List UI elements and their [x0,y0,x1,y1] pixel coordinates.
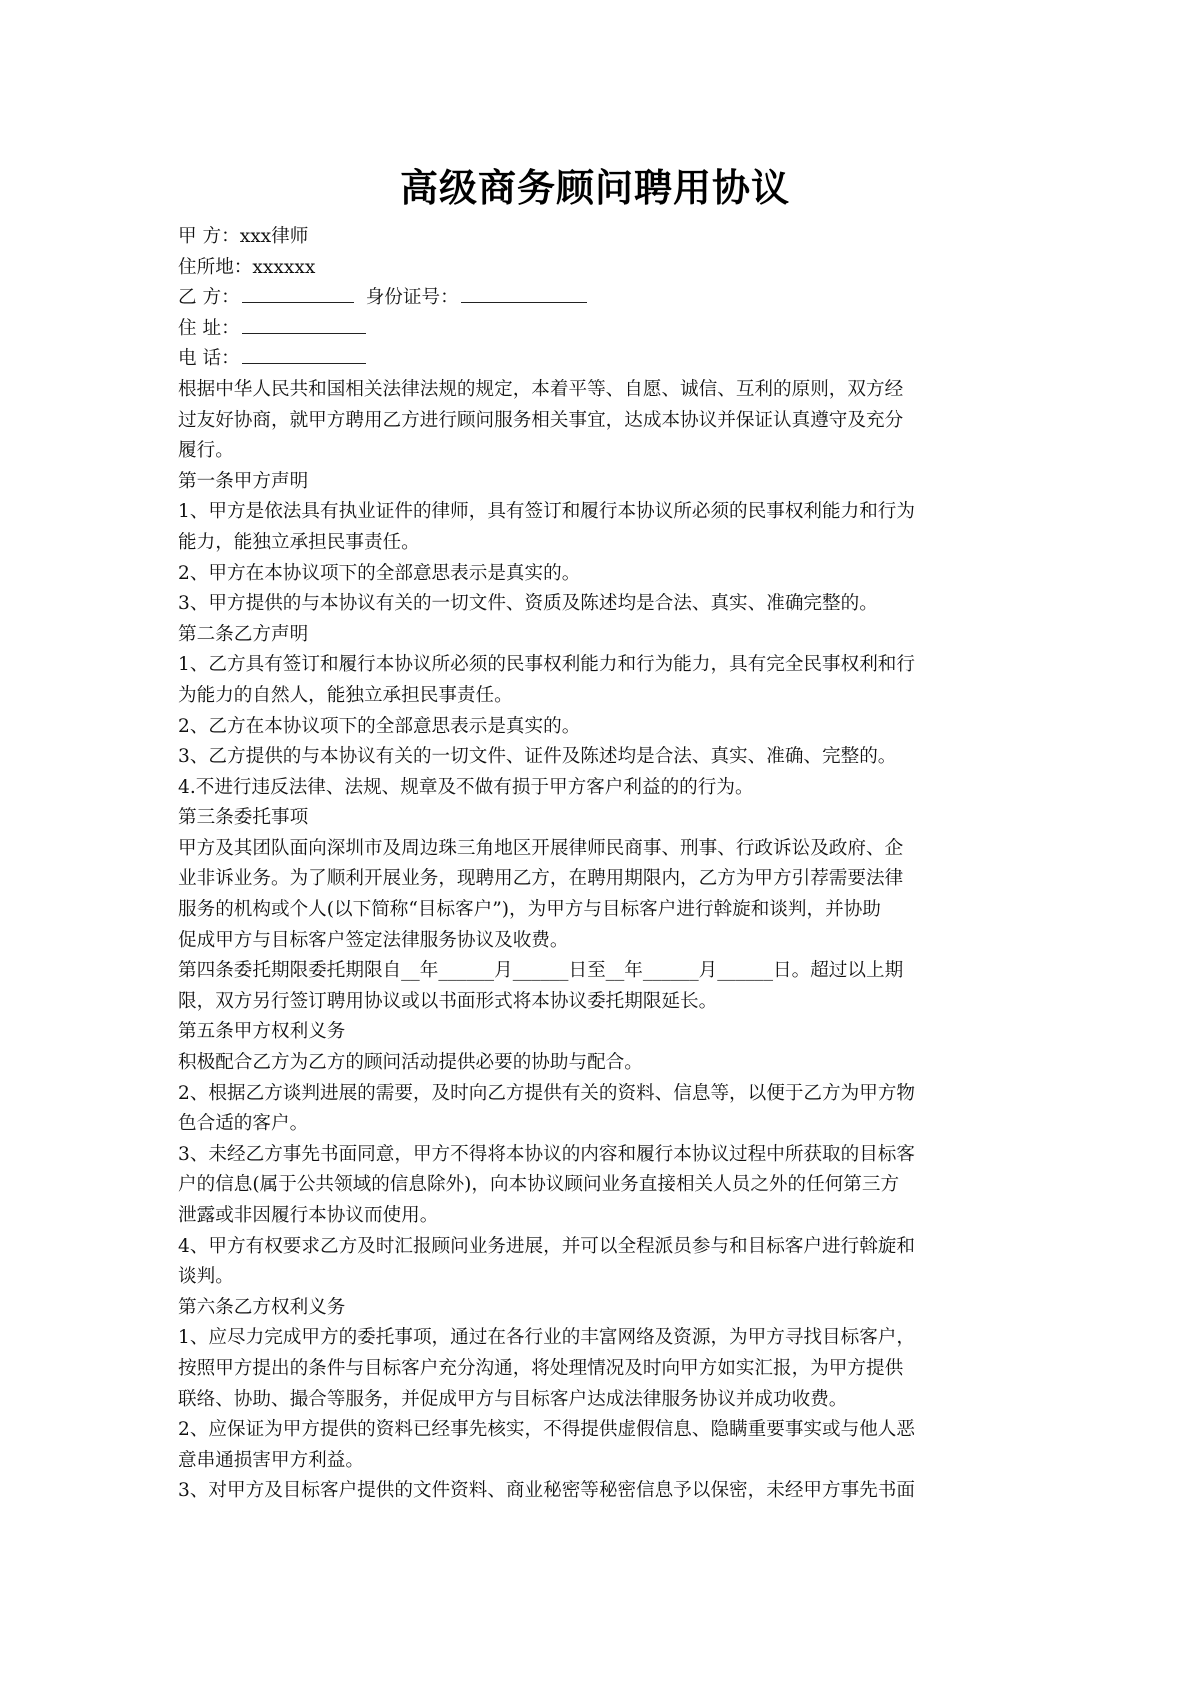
clause-line: 意串通损害甲方利益。 [178,1446,1018,1477]
document-title: 高级商务顾问聘用协议 [0,164,1190,212]
clause-line: 联络、协助、撮合等服务，并促成甲方与目标客户达成法律服务协议并成功收费。 [178,1385,1018,1416]
clause-line: 户的信息(属于公共领域的信息除外)，向本协议顾问业务直接相关人员之外的任何第三方 [178,1170,1018,1201]
party-a-value: xxx律师 [240,226,309,247]
preamble-line: 过友好协商，就甲方聘用乙方进行顾问服务相关事宜，达成本协议并保证认真遵守及充分 [178,406,1018,437]
party-b-row: 乙 方：身份证号： [178,283,1018,314]
document-page: 高级商务顾问聘用协议 甲 方：xxx律师 住所地：xxxxxx 乙 方：身份证号… [0,0,1190,1683]
preamble-line: 根据中华人民共和国相关法律法规的规定，本着平等、自愿、诚信、互利的原则，双方经 [178,375,1018,406]
clause-line: 1、应尽力完成甲方的委托事项，通过在各行业的丰富网络及资源，为甲方寻找目标客户， [178,1323,1018,1354]
phone-row: 电 话： [178,344,1018,375]
clause-line: 4.不进行违反法律、法规、规章及不做有损于甲方客户利益的的行为。 [178,773,1018,804]
party-b-label: 乙 方： [178,287,240,308]
document-body: 甲 方：xxx律师 住所地：xxxxxx 乙 方：身份证号： 住 址： 电 话：… [178,222,1018,1507]
address-a-row: 住所地：xxxxxx [178,253,1018,284]
clause-line: 泄露或非因履行本协议而使用。 [178,1201,1018,1232]
clause-line: 2、应保证为甲方提供的资料已经事先核实，不得提供虚假信息、隐瞒重要事实或与他人恶 [178,1415,1018,1446]
address-b-label: 住 址： [178,318,240,339]
phone-blank [242,349,366,364]
clause-line: 2、根据乙方谈判进展的需要，及时向乙方提供有关的资料、信息等，以便于乙方为甲方物 [178,1079,1018,1110]
clause-line: 3、乙方提供的与本协议有关的一切文件、证件及陈述均是合法、真实、准确、完整的。 [178,742,1018,773]
party-a-row: 甲 方：xxx律师 [178,222,1018,253]
party-a-label: 甲 方： [178,226,240,247]
clause-line: 3、未经乙方事先书面同意，甲方不得将本协议的内容和履行本协议过程中所获取的目标客 [178,1140,1018,1171]
clause-line: 能力，能独立承担民事责任。 [178,528,1018,559]
term-clause-line: 第四条委托期限委托期限自__年______月______日至__年______月… [178,956,1018,987]
address-a-value: xxxxxx [252,257,315,278]
term-clause-line: 限，双方另行签订聘用协议或以书面形式将本协议委托期限延长。 [178,987,1018,1018]
clause-line: 1、乙方具有签订和履行本协议所必须的民事权利能力和行为能力，具有完全民事权利和行 [178,650,1018,681]
clause-line: 促成甲方与目标客户签定法律服务协议及收费。 [178,926,1018,957]
phone-label: 电 话： [178,348,240,369]
id-number-label: 身份证号： [366,287,459,308]
clause-line: 3、对甲方及目标客户提供的文件资料、商业秘密等秘密信息予以保密，未经甲方事先书面 [178,1476,1018,1507]
clause-line: 业非诉业务。为了顺利开展业务，现聘用乙方，在聘用期限内，乙方为甲方引荐需要法律 [178,864,1018,895]
address-b-blank [242,319,366,334]
address-b-row: 住 址： [178,314,1018,345]
clause-line: 2、乙方在本协议项下的全部意思表示是真实的。 [178,712,1018,743]
clause-line: 4、甲方有权要求乙方及时汇报顾问业务进展，并可以全程派员参与和目标客户进行斡旋和 [178,1232,1018,1263]
clause-line: 按照甲方提出的条件与目标客户充分沟通，将处理情况及时向甲方如实汇报，为甲方提供 [178,1354,1018,1385]
clause-line: 为能力的自然人，能独立承担民事责任。 [178,681,1018,712]
clause-line: 色合适的客户。 [178,1109,1018,1140]
clause-line: 甲方及其团队面向深圳市及周边珠三角地区开展律师民商事、刑事、行政诉讼及政府、企 [178,834,1018,865]
party-b-blank [242,288,354,303]
clause-line: 2、甲方在本协议项下的全部意思表示是真实的。 [178,559,1018,590]
section-heading: 第六条乙方权利义务 [178,1293,1018,1324]
clause-line: 服务的机构或个人(以下简称“目标客户”)，为甲方与目标客户进行斡旋和谈判，并协助 [178,895,1018,926]
section-heading: 第五条甲方权利义务 [178,1017,1018,1048]
clause-line: 1、甲方是依法具有执业证件的律师，具有签订和履行本协议所必须的民事权利能力和行为 [178,497,1018,528]
section-heading: 第二条乙方声明 [178,620,1018,651]
preamble-line: 履行。 [178,436,1018,467]
clause-line: 积极配合乙方为乙方的顾问活动提供必要的协助与配合。 [178,1048,1018,1079]
id-number-blank [461,288,587,303]
clause-line: 3、甲方提供的与本协议有关的一切文件、资质及陈述均是合法、真实、准确完整的。 [178,589,1018,620]
clause-line: 谈判。 [178,1262,1018,1293]
section-heading: 第一条甲方声明 [178,467,1018,498]
address-a-label: 住所地： [178,257,252,278]
section-heading: 第三条委托事项 [178,803,1018,834]
